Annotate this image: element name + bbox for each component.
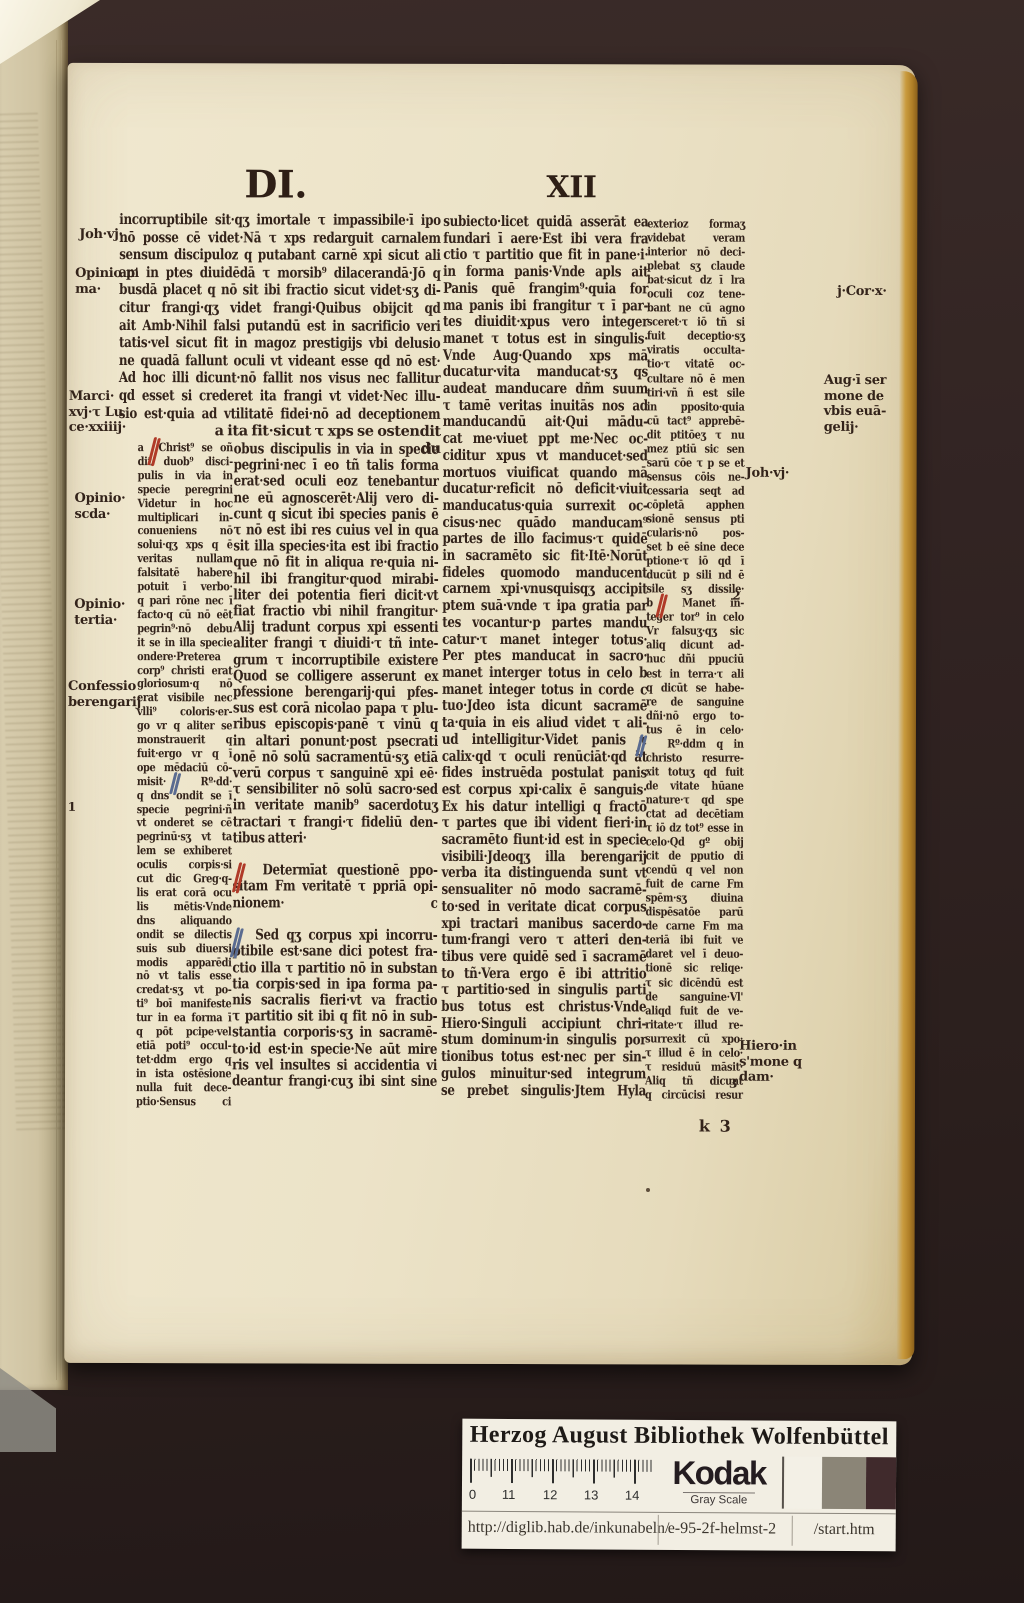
ruler-number: 0	[469, 1487, 476, 1502]
library-name: Herzog August Bibliothek Wolfenbüttel	[462, 1422, 896, 1452]
book-fore-edge	[896, 71, 917, 1359]
kodak-wordmark: Kodak	[658, 1456, 780, 1491]
left-gloss-column: a Christ⁹ se oñdit duob⁹ disci-pulis in …	[136, 441, 233, 1109]
left-main-column: obus discipulis in via in speciepegrini·…	[232, 441, 439, 1090]
margin-note-joh-vj-2: Joh·vj·	[746, 466, 790, 482]
url-separator	[658, 1515, 659, 1545]
left-column-upper-text: incorruptibile sit·qʒ imortale τ impassi…	[119, 211, 441, 423]
page-stack-edge-line	[61, 40, 62, 1380]
reference-numeral-3: 3	[729, 1077, 737, 1091]
scan-info-card: Herzog August Bibliothek Wolfenbüttel 0 …	[462, 1419, 897, 1552]
right-main-column: subiecto·licet quidā asserāt eafundari ī…	[441, 214, 648, 1100]
ruler-ticks	[470, 1459, 652, 1484]
dust-speck	[646, 1188, 650, 1192]
gray-patch-white	[786, 1457, 822, 1509]
page-header-left: DI.	[244, 161, 307, 206]
gray-scale-separator	[782, 1457, 784, 1509]
margin-note-opinio-secunda: Opinio·scda·	[75, 491, 126, 522]
facing-page-stack	[0, 0, 68, 1390]
ruler-number: 14	[625, 1488, 640, 1503]
margin-note-confessio-berengarii: Confessioberengarij	[68, 679, 141, 710]
photographed-book-scan: DI. XII incorruptibile sit·qʒ imortale τ…	[0, 0, 1024, 1603]
incunable-page: DI. XII incorruptibile sit·qʒ imortale τ…	[64, 63, 915, 1365]
scale-ruler: 0 11 12 13 14	[470, 1459, 652, 1508]
margin-note-cor-x: j·Cor·x·	[837, 284, 887, 300]
margin-note-marci-luce: Marci·xvj·τ Luce·xxiiij·	[69, 389, 126, 436]
reference-numeral-1: 1	[68, 800, 76, 814]
source-url-page: /start.htm	[814, 1521, 875, 1539]
quire-signature: k 3	[699, 1117, 733, 1136]
margin-note-joh-vj: Joh·vj·	[79, 227, 123, 243]
ruler-number: 13	[584, 1487, 599, 1502]
ruler-number: 12	[543, 1487, 558, 1502]
page-stack-edge-line	[56, 40, 57, 1380]
gray-patch-mid	[822, 1457, 866, 1509]
margin-note-opinio-tertia: Opinio·tertia·	[74, 597, 125, 628]
source-url-base: http://diglib.hab.de/inkunabeln/	[468, 1519, 670, 1538]
reference-numeral-2: 2	[732, 589, 740, 603]
kodak-gray-scale-label: Kodak Gray Scale	[658, 1456, 780, 1509]
margin-note-hiero-sermone: Hiero·ins'mone qdam·	[739, 1039, 802, 1086]
page-header-right: XII	[546, 170, 596, 205]
right-gloss-column: exterioz formaʒvidebat veraminterior nō …	[645, 216, 745, 1101]
source-shelfmark: e-95-2f-helmst-2	[668, 1520, 777, 1539]
margin-note-opinio-prima: Opinio p'ma·	[75, 266, 138, 297]
gray-scale-label: Gray Scale	[682, 1492, 755, 1506]
url-separator	[792, 1516, 793, 1546]
ruler-number: 11	[502, 1487, 516, 1502]
margin-note-aug-sermone: Aug·ī sermone devbis euā-gelij·	[824, 373, 887, 435]
source-url-row: http://diglib.hab.de/inkunabeln/ e-95-2f…	[462, 1511, 896, 1551]
gray-patch-dark	[866, 1457, 896, 1509]
